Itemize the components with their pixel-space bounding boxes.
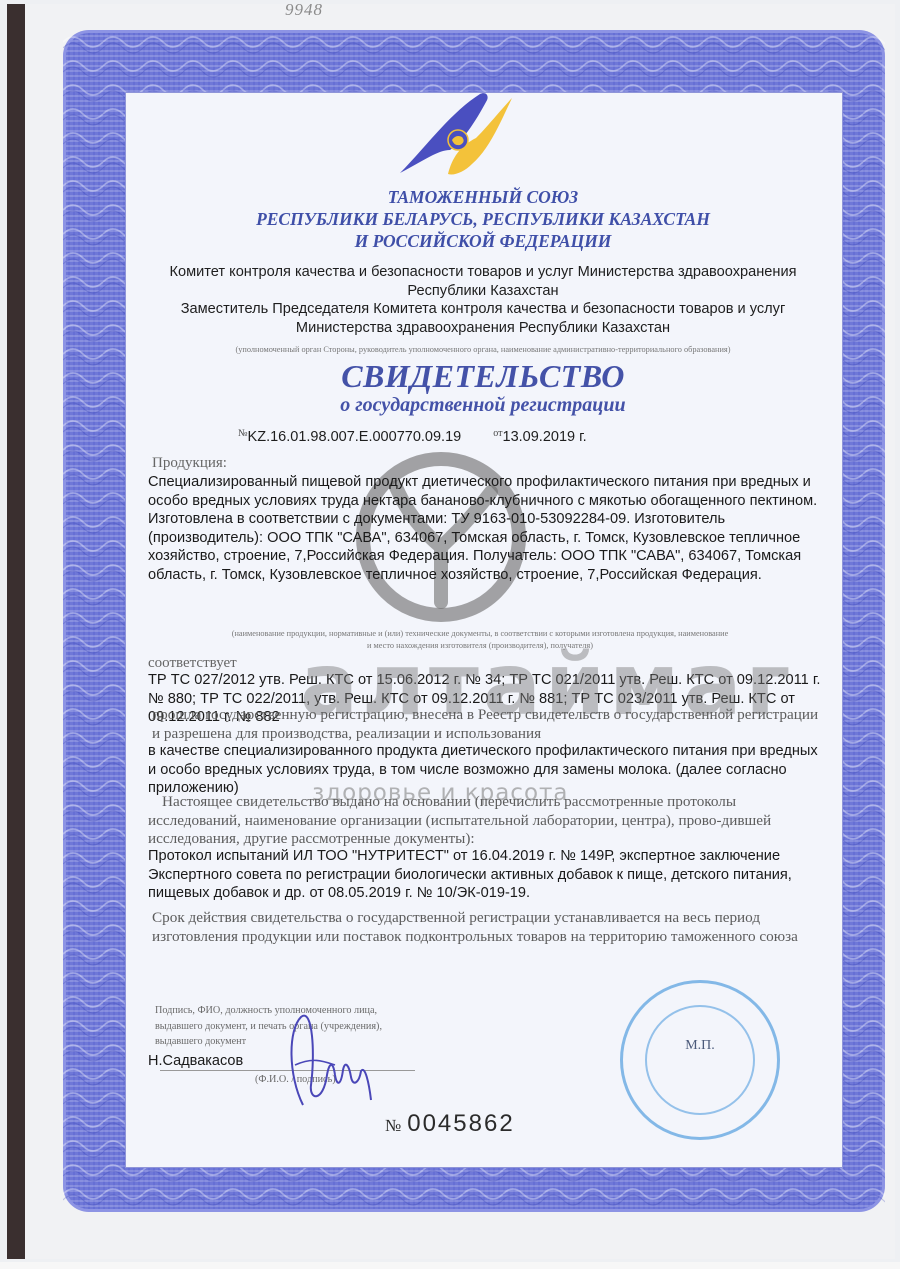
date-prefix: от <box>493 428 502 439</box>
validity-statement: Срок действия свидетельства о государств… <box>152 909 824 946</box>
certificate-title: СВИДЕТЕЛЬСТВО <box>125 358 841 395</box>
certificate-subtitle: о государственной регистрации <box>125 394 841 417</box>
serial-prefix: № <box>385 1116 401 1135</box>
authority-line: Заместитель Председателя Комитета контро… <box>125 300 841 319</box>
customs-union-logo-icon <box>380 88 520 183</box>
stamp-label: М.П. <box>623 1038 777 1054</box>
handwritten-note: 9948 <box>285 0 323 20</box>
number-prefix: № <box>238 428 248 439</box>
certificate-number: KZ.16.01.98.007.E.000770.09.19 <box>248 429 462 445</box>
authority-caption: (уполномоченный орган Стороны, руководит… <box>125 345 841 354</box>
basis-documents: Протокол испытаний ИЛ ТОО "НУТРИТЕСТ" от… <box>148 847 828 903</box>
issuing-authority: Комитет контроля качества и безопасности… <box>125 263 841 337</box>
form-serial-number: №0045862 <box>385 1110 515 1138</box>
basis-intro: Настоящее свидетельство выдано на основа… <box>148 793 820 849</box>
product-description: Специализированный пищевой продукт диети… <box>148 473 820 584</box>
product-label: Продукция: <box>152 455 227 472</box>
conformity-label: соответствует <box>148 655 237 672</box>
union-title-line: И РОССИЙСКОЙ ФЕДЕРАЦИИ <box>125 230 841 252</box>
customs-union-title: ТАМОЖЕННЫЙ СОЮЗ РЕСПУБЛИКИ БЕЛАРУСЬ, РЕС… <box>125 186 841 252</box>
authority-line: Республики Казахстан <box>125 282 841 301</box>
union-title-line: РЕСПУБЛИКИ БЕЛАРУСЬ, РЕСПУБЛИКИ КАЗАХСТА… <box>125 208 841 230</box>
serial-number: 0045862 <box>407 1110 514 1137</box>
certificate-number-line: №KZ.16.01.98.007.E.000770.09.19 от13.09.… <box>238 428 587 445</box>
signatory-name: Н.Садвакасов <box>148 1052 243 1071</box>
scan-bottom-edge <box>0 1262 900 1269</box>
authority-line: Комитет контроля качества и безопасности… <box>125 263 841 282</box>
authority-line: Министерства здравоохранения Республики … <box>125 319 841 338</box>
scan-edge-strip <box>7 4 25 1259</box>
handwritten-signature-icon <box>283 1005 413 1115</box>
stamp-emblem-icon <box>645 1005 755 1115</box>
union-title-line: ТАМОЖЕННЫЙ СОЮЗ <box>125 186 841 208</box>
certificate-date: 13.09.2019 г. <box>503 429 587 445</box>
registration-statement: прошла государственную регистрацию, внес… <box>152 706 820 743</box>
official-stamp: М.П. <box>620 980 780 1140</box>
